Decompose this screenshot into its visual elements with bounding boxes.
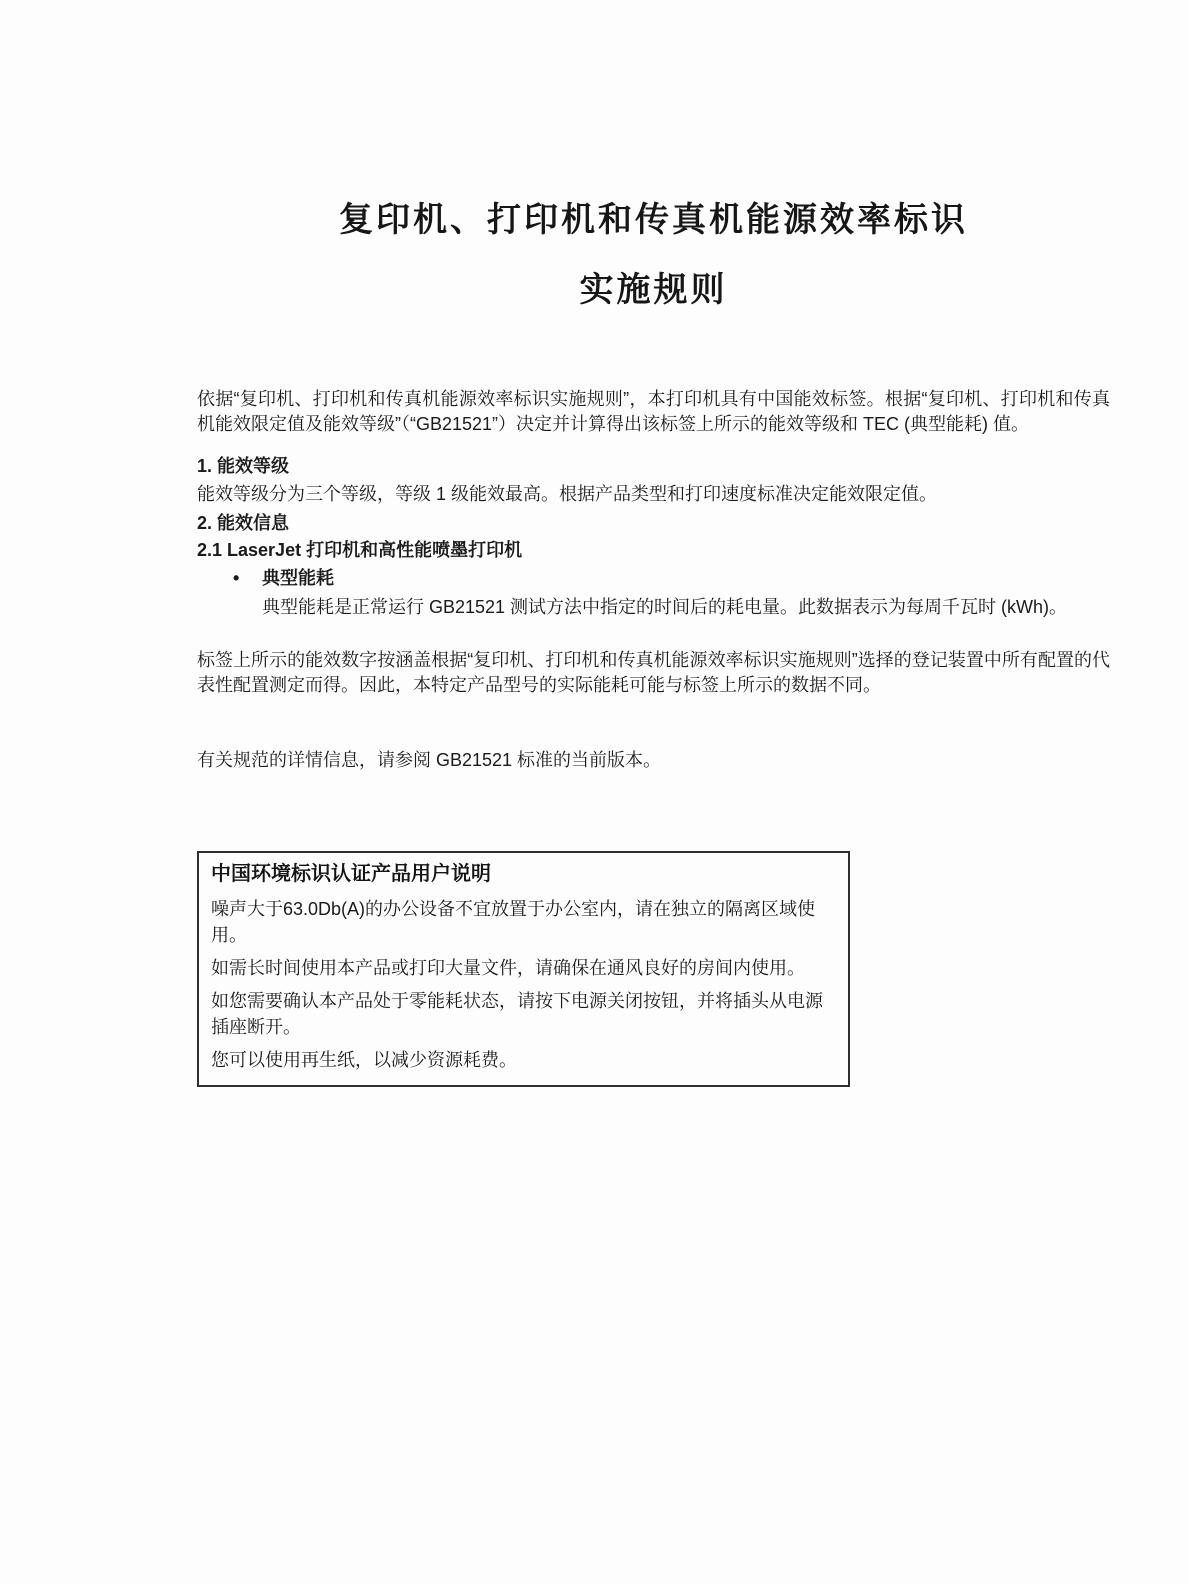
section-2-1-heading: 2.1 LaserJet 打印机和高性能喷墨打印机	[197, 538, 1110, 563]
notice-line-ventilation: 如需长时间使用本产品或打印大量文件，请确保在通风良好的房间内使用。	[211, 955, 836, 981]
bullet-term: 典型能耗	[253, 566, 334, 591]
document-title-line2: 实施规则	[197, 268, 1110, 312]
document-page: 复印机、打印机和传真机能源效率标识 实施规则 依据“复印机、打印机和传真机能源效…	[0, 0, 1189, 1584]
section-1-heading: 1. 能效等级	[197, 454, 1110, 479]
bullet-description: 典型能耗是正常运行 GB21521 测试方法中指定的时间后的耗电量。此数据表示为…	[262, 595, 1110, 620]
notice-line-noise: 噪声大于63.0Db(A)的办公设备不宜放置于办公室内，请在独立的隔离区域使用。	[211, 896, 836, 948]
bullet-item-typical-energy: • 典型能耗	[197, 566, 1110, 591]
section-2-heading: 2. 能效信息	[197, 511, 1110, 536]
document-title: 复印机、打印机和传真机能源效率标识 实施规则	[197, 198, 1110, 312]
label-coverage-paragraph: 标签上所示的能效数字按涵盖根据“复印机、打印机和传真机能源效率标识实施规则”选择…	[197, 648, 1110, 698]
notice-line-recycled-paper: 您可以使用再生纸，以减少资源耗费。	[211, 1047, 836, 1073]
intro-paragraph: 依据“复印机、打印机和传真机能源效率标识实施规则”，本打印机具有中国能效标签。根…	[197, 387, 1110, 437]
notice-line-zero-energy: 如您需要确认本产品处于零能耗状态，请按下电源关闭按钮，并将插头从电源插座断开。	[211, 988, 836, 1040]
section-1-body: 能效等级分为三个等级，等级 1 级能效最高。根据产品类型和打印速度标准决定能效限…	[197, 482, 1110, 507]
china-eco-label-notice-box: 中国环境标识认证产品用户说明 噪声大于63.0Db(A)的办公设备不宜放置于办公…	[197, 851, 850, 1087]
document-title-line1: 复印机、打印机和传真机能源效率标识	[197, 198, 1110, 242]
spec-reference-paragraph: 有关规范的详情信息，请参阅 GB21521 标准的当前版本。	[197, 748, 1110, 773]
notice-heading: 中国环境标识认证产品用户说明	[211, 859, 836, 889]
bullet-icon: •	[233, 566, 253, 591]
